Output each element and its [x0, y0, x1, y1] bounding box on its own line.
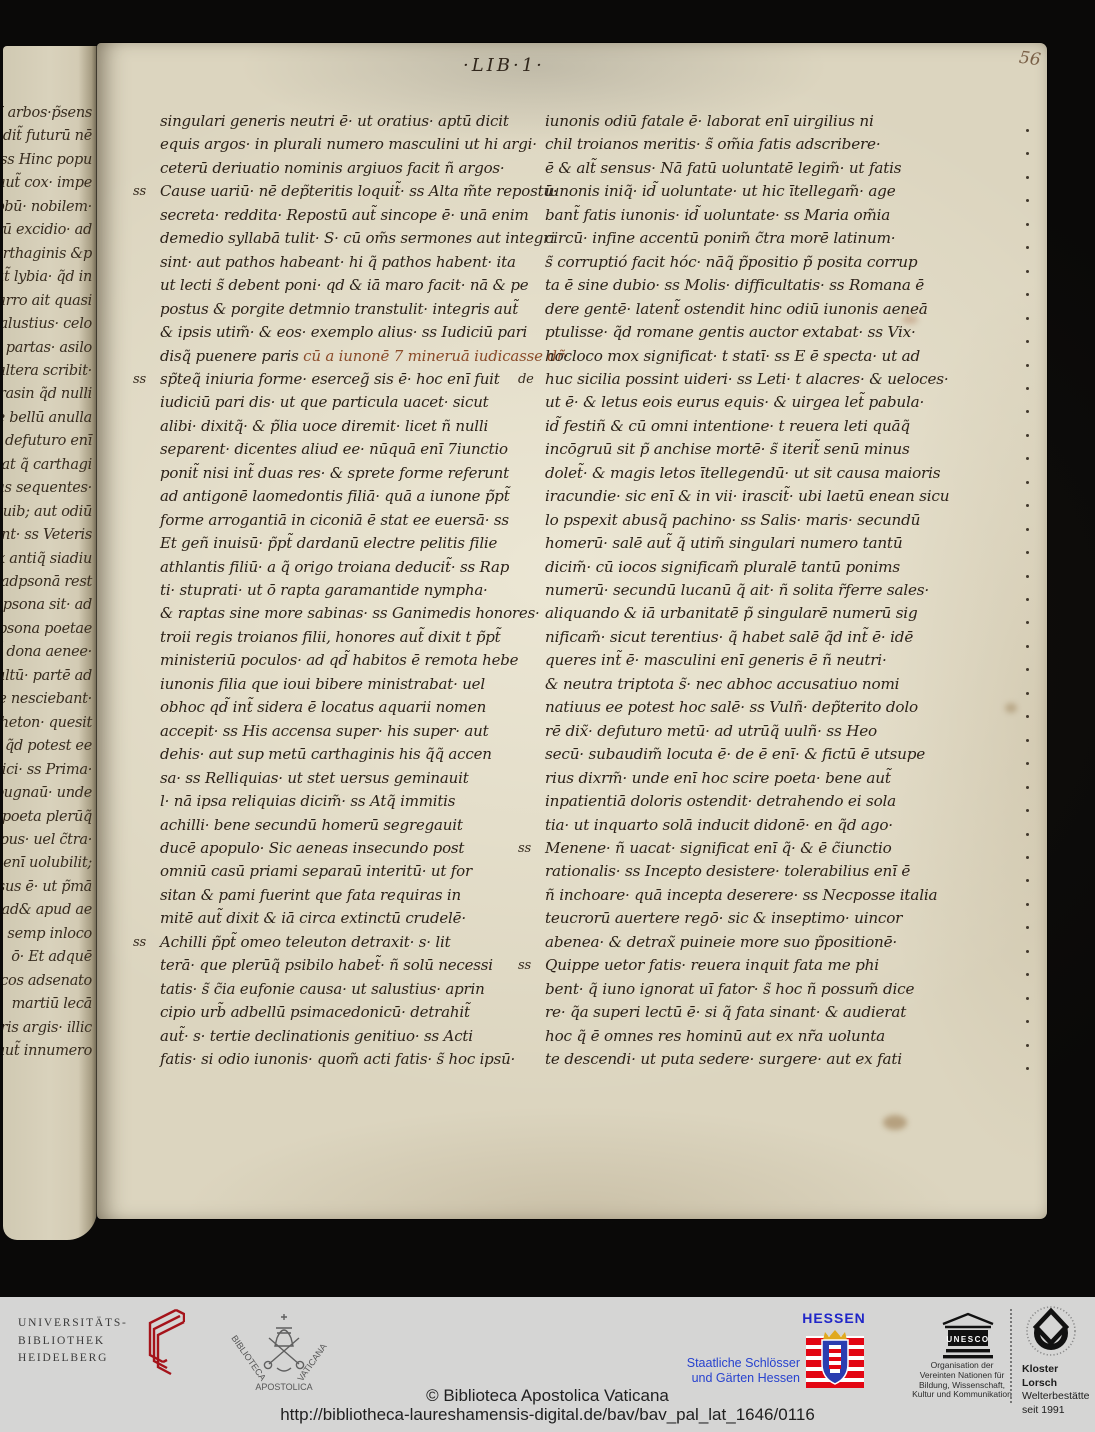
manuscript-line: disq̃ puenere paris cū a iunonē 7 mineru…: [160, 345, 568, 368]
pricking-dot: [1026, 504, 1029, 507]
fragment-line: nā poeta plerūq̃: [3, 806, 92, 829]
fragment-line: ero partas· asilo: [3, 337, 92, 360]
fragment-line: rū excidio· ad: [3, 219, 92, 242]
hessen-label-line1: Staatliche Schlösser: [650, 1356, 800, 1371]
fragment-line: x antiq̃ siadiu: [3, 548, 92, 571]
fragment-line: arthaginis &p: [3, 243, 92, 266]
fragment-line: aris argis· illic: [3, 1017, 92, 1040]
manuscript-line: ut ē· & letus eois eurus equis· & uirgea…: [545, 391, 924, 414]
pricking-dot: [1026, 786, 1029, 789]
seal-text-right: VATICANA: [295, 1342, 328, 1384]
hessen-label-line2: und Gärten Hessen: [650, 1371, 800, 1386]
pricking-dot: [1026, 434, 1029, 437]
manuscript-line: omniū casū priami separaū interitū· ut f…: [160, 860, 472, 883]
manuscript-line: ssMenene· ñ uacat· significat enī q̃· & …: [545, 837, 892, 860]
manuscript-line: Et geñ inuisū· p̃pt̃ dardanū electre pel…: [160, 532, 497, 555]
pricking-dot: [1026, 739, 1029, 742]
manuscript-line: abenea· & detrax̃ puineie more suo p̃pos…: [545, 931, 897, 954]
manuscript-line: iracundie· sic enī & in vii· irascit̃· u…: [545, 485, 949, 508]
ub-line3: HEIDELBERG: [18, 1350, 128, 1368]
manuscript-line: nificam̃· sicut terentius· q̃ habet salē…: [545, 626, 913, 649]
seal-text-left: BIBLIOTECA: [229, 1333, 268, 1382]
pricking-dot: [1026, 1020, 1029, 1023]
pricking-dot: [1026, 317, 1029, 320]
fragment-line: uarro ait quasi: [3, 290, 92, 313]
source-url-line: http://bibliotheca-laureshamensis-digita…: [0, 1405, 1095, 1425]
pricking-dot: [1026, 879, 1029, 882]
hessen-schloesser-label: Staatliche Schlösser und Gärten Hessen: [650, 1356, 800, 1385]
manuscript-line: bent· q̃ iuno ignorat uī fator· s̃ hoc ñ…: [545, 978, 914, 1001]
fragment-line: dit̃ futurū nē: [3, 125, 92, 148]
manuscript-line: postus & porgite detmnio transtulit· int…: [160, 298, 518, 321]
manuscript-line: iunonis filia que ioui bibere ministraba…: [160, 673, 485, 696]
manuscript-line: ssCause uariū· nē dep̃teritis loquit̃· s…: [160, 180, 557, 203]
pricking-dot: [1026, 199, 1029, 202]
manuscript-line: ssQuippe uetor fatis· reuera inquit fata…: [545, 954, 879, 977]
manuscript-line: ti· stuprati· ut ō rapta garamantide nym…: [160, 579, 488, 602]
paragraph-mark: ss: [518, 837, 531, 860]
paragraph-mark: ss: [518, 954, 531, 977]
manuscript-line: fatis· si odio iunonis· quom̃ acti fatis…: [160, 1048, 515, 1071]
manuscript-line: ptulisse· q̃d romane gentis auctor extab…: [545, 321, 916, 344]
manuscript-line: aliquando & iā urbanitatē p̃ singularē n…: [545, 602, 918, 625]
manuscript-line: dicim̃· cū iocos significam̃ pluralē tan…: [545, 556, 900, 579]
manuscript-line: hocloco mox significat· t statī· ss E ē …: [545, 345, 920, 368]
parchment-stain: [1005, 703, 1017, 713]
manuscript-line: rationalis· ss Incepto desistere· tolera…: [545, 860, 910, 883]
pricking-dot: [1026, 528, 1029, 531]
fragment-line: lla psona sit· ad: [3, 594, 92, 617]
pricking-dot: [1026, 926, 1029, 929]
ub-heidelberg-book-logo-icon: [131, 1307, 185, 1379]
fragment-line: rant̃ dona aenee·: [3, 641, 92, 664]
fragment-line: ultū· partē ad: [3, 665, 92, 688]
pricking-dot: [1026, 997, 1029, 1000]
manuscript-line: hoc q̃ ē omnes res hominū aut ex nr̃a uo…: [545, 1025, 885, 1048]
manuscript-line: aut̃· s· tertie declinationis genitiuo· …: [160, 1025, 473, 1048]
fragment-line: sas sequentes·: [3, 477, 92, 500]
manuscript-line: natiuus ee potest hoc salē· ss Vulñ· dep…: [545, 696, 918, 719]
manuscript-line: chil troianos meritis· s̃ om̃ia fatis ad…: [545, 133, 880, 156]
pricking-dot: [1026, 481, 1029, 484]
fragment-line: martiū lecā: [12, 993, 92, 1016]
fragment-line: ū uttolī arbos·p̃sens: [3, 102, 92, 125]
manuscript-line: ñ inchoare· quā incepta deserere· ss Nec…: [545, 884, 937, 907]
manuscript-line: incōgruū sit p̃ anchise mortē· s̃ iterit…: [545, 438, 910, 461]
fragment-line: ipus· uel c̃tra·: [3, 829, 92, 852]
rubricated-text: cū a iunonē 7 mineruā iudicasse dr̃·: [303, 347, 568, 365]
pricking-dot: [1026, 762, 1029, 765]
manuscript-line: te descendi· ut puta sedere· surgere· au…: [545, 1048, 902, 1071]
manuscript-line: inpatientiā doloris ostendit· detrahendo…: [545, 790, 896, 813]
manuscript-line: & raptas sine more sabinas· ss Ganimedis…: [160, 602, 540, 625]
fragment-line: t frasin q̃d nulli: [3, 383, 92, 406]
vatican-library-seal: BIBLIOTECA APOSTOLICA VATICANA: [217, 1302, 351, 1394]
pricking-dot: [1026, 410, 1029, 413]
fragment-line: nt̃· q̃d potest ee: [3, 735, 92, 758]
ub-line2: BIBLIOTHEK: [18, 1333, 128, 1351]
pricking-dot: [1026, 668, 1029, 671]
manuscript-line: rē dix̃· defuturo metū· ad utrūq̃ uulñ· …: [545, 720, 877, 743]
pricking-dot: [1026, 833, 1029, 836]
manuscript-line: equis argos· in plurali numero masculini…: [160, 133, 537, 156]
fragment-line: ici· ss Prima·: [3, 759, 92, 782]
manuscript-line: secreta· reddita· Repostū aut̃ sincope ē…: [160, 204, 528, 227]
manuscript-line: iudiciū pari dis· ut que particula uacet…: [160, 391, 489, 414]
pricking-dot: [1026, 340, 1029, 343]
manuscript-line: athlantis filiū· a q̃ origo troiana dedu…: [160, 556, 509, 579]
manuscript-line: secū· subaudim̃ locuta ē· de ē enī· & fi…: [545, 743, 925, 766]
manuscript-line: tatis· s̃ c̃ia eufonie causa· ut salusti…: [160, 978, 485, 1001]
manuscript-line: sitan & pami fuerint que fata requiras i…: [160, 884, 461, 907]
fragment-line: usus ē· ut p̃mā: [3, 876, 92, 899]
pricking-dot: [1026, 551, 1029, 554]
manuscript-line: homerū· salē aut̃ q̃ utim̃ singulari num…: [545, 532, 902, 555]
pricking-dot: [1026, 715, 1029, 718]
paragraph-mark: de: [518, 368, 534, 391]
pricking-dot: [1026, 364, 1029, 367]
manuscript-line: & neutra triptota s̃· nec abhoc accusati…: [545, 673, 899, 696]
unesco-acronym: UNESCO: [946, 1335, 989, 1344]
fragment-line: cū ee nesciebant·: [3, 688, 92, 711]
pricking-dot: [1026, 1067, 1029, 1070]
pricking-dot: [1026, 950, 1029, 953]
manuscript-line: mitē aut̃ dixit & iā circa extinctū crud…: [160, 907, 466, 930]
pricking-dot: [1026, 809, 1029, 812]
manuscript-line: obhoc qd̃ int̃ sidera ē locatus aquarii …: [160, 696, 486, 719]
copyright-line: © Biblioteca Apostolica Vaticana: [0, 1386, 1095, 1406]
manuscript-line: l· nā ipsa reliquias dicim̃· ss Atq̃ imm…: [160, 790, 455, 813]
book-heading: ·LIB·1·: [463, 55, 545, 76]
paragraph-mark: ss: [133, 931, 146, 954]
manuscript-line: sssp̃teq̃ iniuria forme· eserceg̃ sis ē·…: [160, 368, 500, 391]
manuscript-line: dehuc sicilia possint uideri· ss Leti· t…: [545, 368, 949, 391]
fragment-line: heton· quesit: [3, 712, 92, 735]
pricking-dot: [1026, 246, 1029, 249]
unesco-temple-logo-icon: UNESCO: [938, 1312, 998, 1360]
manuscript-page: ·LIB·1· 56 singulari generis neutri ē· u…: [97, 43, 1047, 1219]
manuscript-line: ad antigonē laomedontis filiā· quā a iun…: [160, 485, 510, 508]
ub-line1: UNIVERSITÄTS-: [18, 1315, 128, 1333]
fragment-line: xpsona poetae: [3, 618, 92, 641]
manuscript-line: dere gentē· latent̃ ostendit hinc odiū i…: [545, 298, 928, 321]
fragment-line: enī uolubilit;: [3, 852, 92, 875]
parchment-stain: [902, 315, 918, 324]
manuscript-line: iunonis iniq̃· id̃ uoluntate· ut hic īte…: [545, 180, 896, 203]
fragment-line: e bellū anulla: [3, 407, 92, 430]
manuscript-line: ministeriū poculos· ad qd̃ habitos ē rem…: [160, 649, 518, 672]
manuscript-line: id̃ festiñ & cū omni intentione· t reuer…: [545, 415, 910, 438]
manuscript-line: queres int̃ ē· masculini enī generis ē ñ…: [545, 649, 887, 672]
pricking-dot: [1026, 856, 1029, 859]
fragment-line: ut̃ adpsonā rest: [3, 571, 92, 594]
manuscript-line: achilli· bene secundū homerū segregauit: [160, 814, 463, 837]
photo-background: ū uttolī arbos·p̃sensdit̃ futurū nēuris·…: [0, 0, 1095, 1297]
crossed-keys-tiara-icon: [264, 1314, 303, 1371]
manuscript-line: demedio syllabā tulit· S· cū om̃s sermon…: [160, 227, 555, 250]
pricking-dot: [1026, 575, 1029, 578]
manuscript-line: sint· aut pathos habeant· hi q̃ pathos h…: [160, 251, 516, 274]
paragraph-mark: ss: [133, 368, 146, 391]
pricking-dot: [1026, 457, 1029, 460]
fragment-line: d semp inloco: [3, 923, 92, 946]
manuscript-line: cipio urb̃ adbellū psimacedonicū· detrah…: [160, 1001, 470, 1024]
pricking-dot: [1026, 387, 1029, 390]
pricking-dot: [1026, 270, 1029, 273]
manuscript-line: ē & alt̃ sensus· Nā fatū uoluntatē legim…: [545, 157, 901, 180]
manuscript-line: accepit· ss His accensa super· his super…: [160, 720, 488, 743]
fragment-line: pugnaū· unde: [3, 782, 92, 805]
fragment-line: fiscos adsenato: [3, 970, 92, 993]
pricking-dot: [1026, 621, 1029, 624]
manuscript-line: re· q̃a superi lectū ē· si q̃ fata sinan…: [545, 1001, 906, 1024]
world-heritage-emblem-icon: [1024, 1304, 1078, 1360]
manuscript-line: forme arrogantiā in ciconiā ē stat ee eu…: [160, 509, 509, 532]
pricking-dot: [1026, 223, 1029, 226]
manuscript-line: circū· infine accentū ponim̃ c̃tra morē …: [545, 227, 895, 250]
fragment-line: ad& apud ae: [3, 899, 92, 922]
manuscript-line: ducē apopulo· Sic aeneas insecundo post: [160, 837, 464, 860]
pricking-dot: [1026, 598, 1029, 601]
previous-page-edge: ū uttolī arbos·p̃sensdit̃ futurū nēuris·…: [3, 46, 97, 1240]
manuscript-line: ponit̃ nisi int̃ duas res· & sprete form…: [160, 462, 509, 485]
hessen-flag-crest-icon: [806, 1328, 864, 1392]
fragment-line: uris· ss Hinc popu: [3, 149, 92, 172]
ub-heidelberg-wordmark: UNIVERSITÄTS- BIBLIOTHEK HEIDELBERG: [18, 1315, 128, 1368]
manuscript-line: troii regis troianos filii, honores aut̃…: [160, 626, 500, 649]
manuscript-line: dehis· aut sup metū carthaginis his q̃q̃…: [160, 743, 492, 766]
manuscript-line: singulari generis neutri ē· ut oratius· …: [160, 110, 509, 133]
pricking-dot: [1026, 293, 1029, 296]
fragment-line: aut̃ innumero: [3, 1040, 92, 1063]
pricking-dot: [1026, 129, 1029, 132]
folio-number: 56: [1018, 48, 1042, 70]
manuscript-line: iunonis odiū fatale ē· laborat enī uirgi…: [545, 110, 874, 133]
pricking-dot: [1026, 692, 1029, 695]
digitized-manuscript-page: ū uttolī arbos·p̃sensdit̃ futurū nēuris·…: [0, 0, 1095, 1432]
manuscript-line: tia· ut inquarto solā inducit didonē· en…: [545, 814, 893, 837]
manuscript-line: separent· dicentes aliud ee· nūquā enī 7…: [160, 438, 508, 461]
fragment-line: bat q̃ carthagi: [3, 454, 92, 477]
fragment-line: t aut̃ cox· impe: [3, 172, 92, 195]
manuscript-line: ceterū deriuatio nominis argiuos facit ñ…: [160, 157, 505, 180]
pricking-dot: [1026, 152, 1029, 155]
manuscript-line: sa· ss Relliquias· ut stet uersus gemina…: [160, 767, 469, 790]
pricking-dot: [1026, 1044, 1029, 1047]
paragraph-mark: ss: [133, 180, 146, 203]
fragment-line: e salustius· celo: [3, 313, 92, 336]
manuscript-line: ut lecti s̃ debent poni· qd & iā maro fa…: [160, 274, 528, 297]
pricking-dot: [1026, 903, 1029, 906]
footer-bar: UNIVERSITÄTS- BIBLIOTHEK HEIDELBERG: [0, 1297, 1095, 1432]
fragment-line: erent· ss Veteris: [3, 524, 92, 547]
manuscript-line: teucrorū auertere regō· sic & inseptimo·…: [545, 907, 902, 930]
manuscript-line: terā· que plerūq̃ psibilo habet̃· ñ solū…: [160, 954, 493, 977]
manuscript-line: alibi· dixitq̃· & p̃lia uoce diremit· li…: [160, 415, 488, 438]
manuscript-line: numerū· secundū lucanū q̃ ait· ñ solita …: [545, 579, 929, 602]
fragment-line: altera scribit·: [3, 360, 92, 383]
manuscript-line: s̃ corruptió facit hóc· nāq̃ p̃positio p…: [545, 251, 917, 274]
parchment-stain: [883, 1115, 907, 1130]
fragment-line: t quib; aut odiū: [3, 501, 92, 524]
manuscript-line: & ipsis utim̃· & eos· exemplo alius· ss …: [160, 321, 527, 344]
manuscript-line: ssAchilli p̃pt̃ omeo teleuton detraxit· …: [160, 931, 450, 954]
manuscript-line: bant̃ fatis iunonis· id̃ uoluntate· ss M…: [545, 204, 890, 227]
fragment-line: upbū· nobilem·: [3, 196, 92, 219]
pricking-dot: [1026, 176, 1029, 179]
fragment-line: ō· Et adquē: [11, 946, 92, 969]
manuscript-line: lo pspexit abusq̃ pachino· ss Salis· mar…: [545, 509, 920, 532]
hessen-wordmark: HESSEN: [800, 1310, 868, 1326]
pricking-dot: [1026, 645, 1029, 648]
pricking-dot: [1026, 973, 1029, 976]
fragment-line: aut̃ lybia· q̃d in: [3, 266, 92, 289]
manuscript-line: ta ē sine dubio· ss Molis· difficultatis…: [545, 274, 924, 297]
fragment-line: s· defuturo enī: [3, 430, 92, 453]
manuscript-line: rius dixrm̃· unde enī hoc scire poeta· b…: [545, 767, 891, 790]
manuscript-line: dolet̃· & magis letos ītellegendū· ut si…: [545, 462, 940, 485]
